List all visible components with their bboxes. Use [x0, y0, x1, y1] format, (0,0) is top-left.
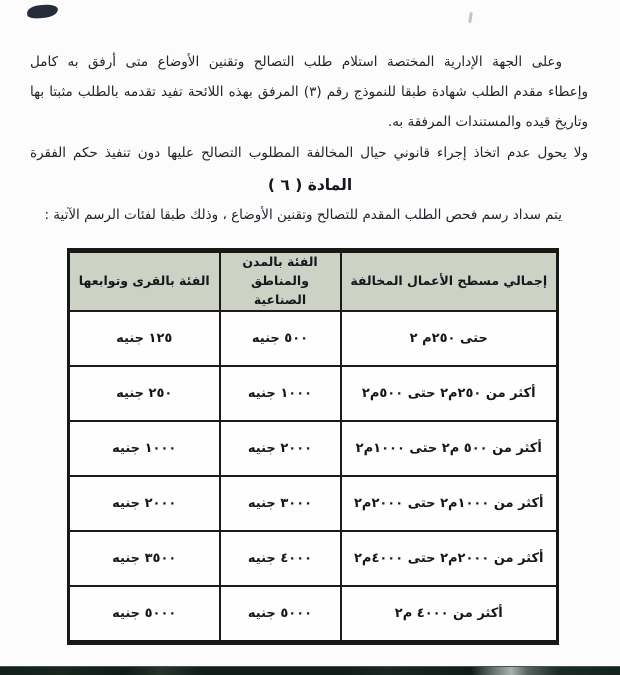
fees-table-row: حتى ٢٥٠م ٢٥٠٠ جنيه١٢٥ جنيه [69, 311, 558, 366]
paragraph-3: يتم سداد رسم فحص الطلب المقدم للتصالح وت… [30, 200, 588, 230]
bottom-scan-edge [0, 666, 620, 675]
fees-table-row: أكثر من ٥٠٠ م٢ حتى ١٠٠٠م٢٢٠٠٠ جنيه١٠٠٠ ج… [69, 421, 558, 476]
area-cell: حتى ٢٥٠م ٢ [341, 311, 558, 366]
fees-table-row: أكثر من ٢٥٠م٢ حتى ٥٠٠م٢١٠٠٠ جنيه٢٥٠ جنيه [69, 366, 558, 421]
header-total-violation-area: إجمالي مسطح الأعمال المخالفة [341, 251, 558, 312]
city-fee-cell: ١٠٠٠ جنيه [220, 366, 341, 421]
village-fee-cell: ١٠٠٠ جنيه [69, 421, 220, 476]
header-village-fee: الفئة بالقرى وتوابعها [69, 251, 220, 312]
area-cell: أكثر من ١٠٠٠م٢ حتى ٢٠٠٠م٢ [341, 476, 558, 531]
village-fee-cell: ٢٥٠ جنيه [69, 366, 220, 421]
fees-table-header-row: إجمالي مسطح الأعمال المخالفة الفئة بالمد… [69, 251, 558, 312]
fees-table: إجمالي مسطح الأعمال المخالفة الفئة بالمد… [67, 248, 559, 645]
village-fee-cell: ٢٠٠٠ جنيه [69, 476, 220, 531]
paragraph-2: ولا يحول عدم اتخاذ إجراء قانوني حيال الم… [30, 138, 588, 168]
area-cell: أكثر من ٢٠٠٠م٢ حتى ٤٠٠٠م٢ [341, 531, 558, 586]
paragraph-1-line-1: وعلى الجهة الإدارية المختصة استلام طلب ا… [30, 47, 588, 77]
paragraph-1: وعلى الجهة الإدارية المختصة استلام طلب ا… [30, 47, 588, 137]
city-fee-cell: ٥٠٠٠ جنيه [220, 586, 341, 643]
village-fee-cell: ٥٠٠٠ جنيه [69, 586, 220, 643]
document-page: وعلى الجهة الإدارية المختصة استلام طلب ا… [0, 0, 620, 675]
fees-table-body: حتى ٢٥٠م ٢٥٠٠ جنيه١٢٥ جنيهأكثر من ٢٥٠م٢ … [69, 311, 558, 643]
area-cell: أكثر من ٢٥٠م٢ حتى ٥٠٠م٢ [341, 366, 558, 421]
city-fee-cell: ٤٠٠٠ جنيه [220, 531, 341, 586]
paragraph-1-line-2: وإعطاء مقدم الطلب شهادة طبقا للنموذج رقم… [30, 77, 588, 107]
fees-table-row: أكثر من ٤٠٠٠ م٢٥٠٠٠ جنيه٥٠٠٠ جنيه [69, 586, 558, 643]
header-city-industrial-fee: الفئة بالمدن والمناطق الصناعية [220, 251, 341, 312]
paragraph-1-line-3: وتاريخ قيده والمستندات المرفقة به. [30, 107, 588, 137]
area-cell: أكثر من ٥٠٠ م٢ حتى ١٠٠٠م٢ [341, 421, 558, 476]
village-fee-cell: ٣٥٠٠ جنيه [69, 531, 220, 586]
scan-speck [468, 12, 473, 23]
city-fee-cell: ٥٠٠ جنيه [220, 311, 341, 366]
city-fee-cell: ٢٠٠٠ جنيه [220, 421, 341, 476]
scan-ink-mark [26, 3, 58, 19]
area-cell: أكثر من ٤٠٠٠ م٢ [341, 586, 558, 643]
city-fee-cell: ٣٠٠٠ جنيه [220, 476, 341, 531]
village-fee-cell: ١٢٥ جنيه [69, 311, 220, 366]
article-heading: المادة ( ٦ ) [30, 170, 590, 200]
fees-table-row: أكثر من ٢٠٠٠م٢ حتى ٤٠٠٠م٢٤٠٠٠ جنيه٣٥٠٠ ج… [69, 531, 558, 586]
fees-table-row: أكثر من ١٠٠٠م٢ حتى ٢٠٠٠م٢٣٠٠٠ جنيه٢٠٠٠ ج… [69, 476, 558, 531]
